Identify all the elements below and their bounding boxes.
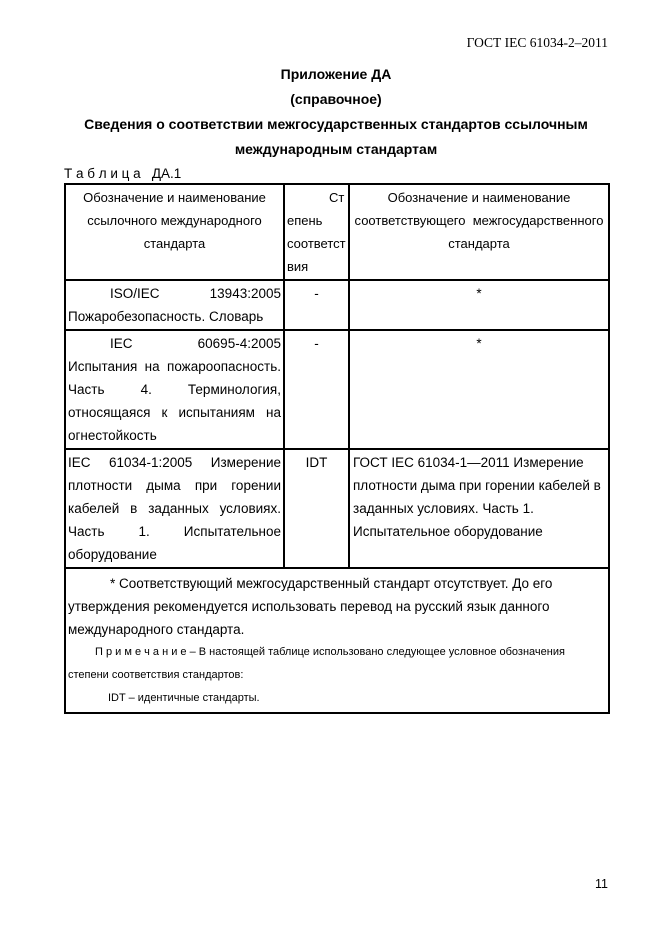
cell-degree: IDT: [284, 449, 349, 568]
header-degree-of-correspondence: Ст епень соответст вия: [284, 184, 349, 280]
cell-reference-standard: IEC 61034-1:2005 Измерение плотности дым…: [65, 449, 284, 568]
correspondence-table: Обозначение и наименование ссылочного ме…: [64, 183, 610, 714]
cell-interstate-standard: *: [349, 330, 609, 449]
note-text: П р и м е ч а н и е – В настоящей таблиц…: [68, 641, 606, 687]
table-row: ISO/IEC 13943:2005 Пожаробезопасность. С…: [65, 280, 609, 330]
table-header-row: Обозначение и наименование ссылочного ме…: [65, 184, 609, 280]
appendix-heading: Приложение ДА: [64, 67, 608, 82]
cell-degree: -: [284, 280, 349, 330]
table-row: IEC 60695-4:2005 Испытания на пожароопас…: [65, 330, 609, 449]
table-footnote-row: * Соответствующий межгосударственный ста…: [65, 568, 609, 713]
page-number: 11: [595, 877, 608, 891]
appendix-type-heading: (справочное): [64, 92, 608, 107]
title-line-1: Сведения о соответствии межгосударственн…: [64, 117, 608, 132]
cell-reference-standard: ISO/IEC 13943:2005 Пожаробезопасность. С…: [65, 280, 284, 330]
header-interstate-standard: Обозначение и наименование соответствующ…: [349, 184, 609, 280]
footnote-cell: * Соответствующий межгосударственный ста…: [65, 568, 609, 713]
doc-reference: ГОСТ IEC 61034-2–2011: [64, 0, 608, 50]
page-content: Приложение ДА (справочное) Сведения о со…: [64, 67, 608, 714]
table-caption: Т а б л и ц а ДА.1: [64, 166, 608, 181]
table-row: IEC 61034-1:2005 Измерение плотности дым…: [65, 449, 609, 568]
document-page: ГОСТ IEC 61034-2–2011 Приложение ДА (спр…: [0, 0, 661, 936]
header-reference-standard: Обозначение и наименование ссылочного ме…: [65, 184, 284, 280]
title-line-2: международным стандартам: [64, 142, 608, 157]
cell-interstate-standard: ГОСТ IEC 61034-1—2011 Измерение плотност…: [349, 449, 609, 568]
cell-degree: -: [284, 330, 349, 449]
footnote-text: * Соответствующий межгосударственный ста…: [68, 572, 606, 641]
cell-interstate-standard: *: [349, 280, 609, 330]
note-idt-definition: IDT – идентичные стандарты.: [68, 687, 606, 710]
cell-reference-standard: IEC 60695-4:2005 Испытания на пожароопас…: [65, 330, 284, 449]
